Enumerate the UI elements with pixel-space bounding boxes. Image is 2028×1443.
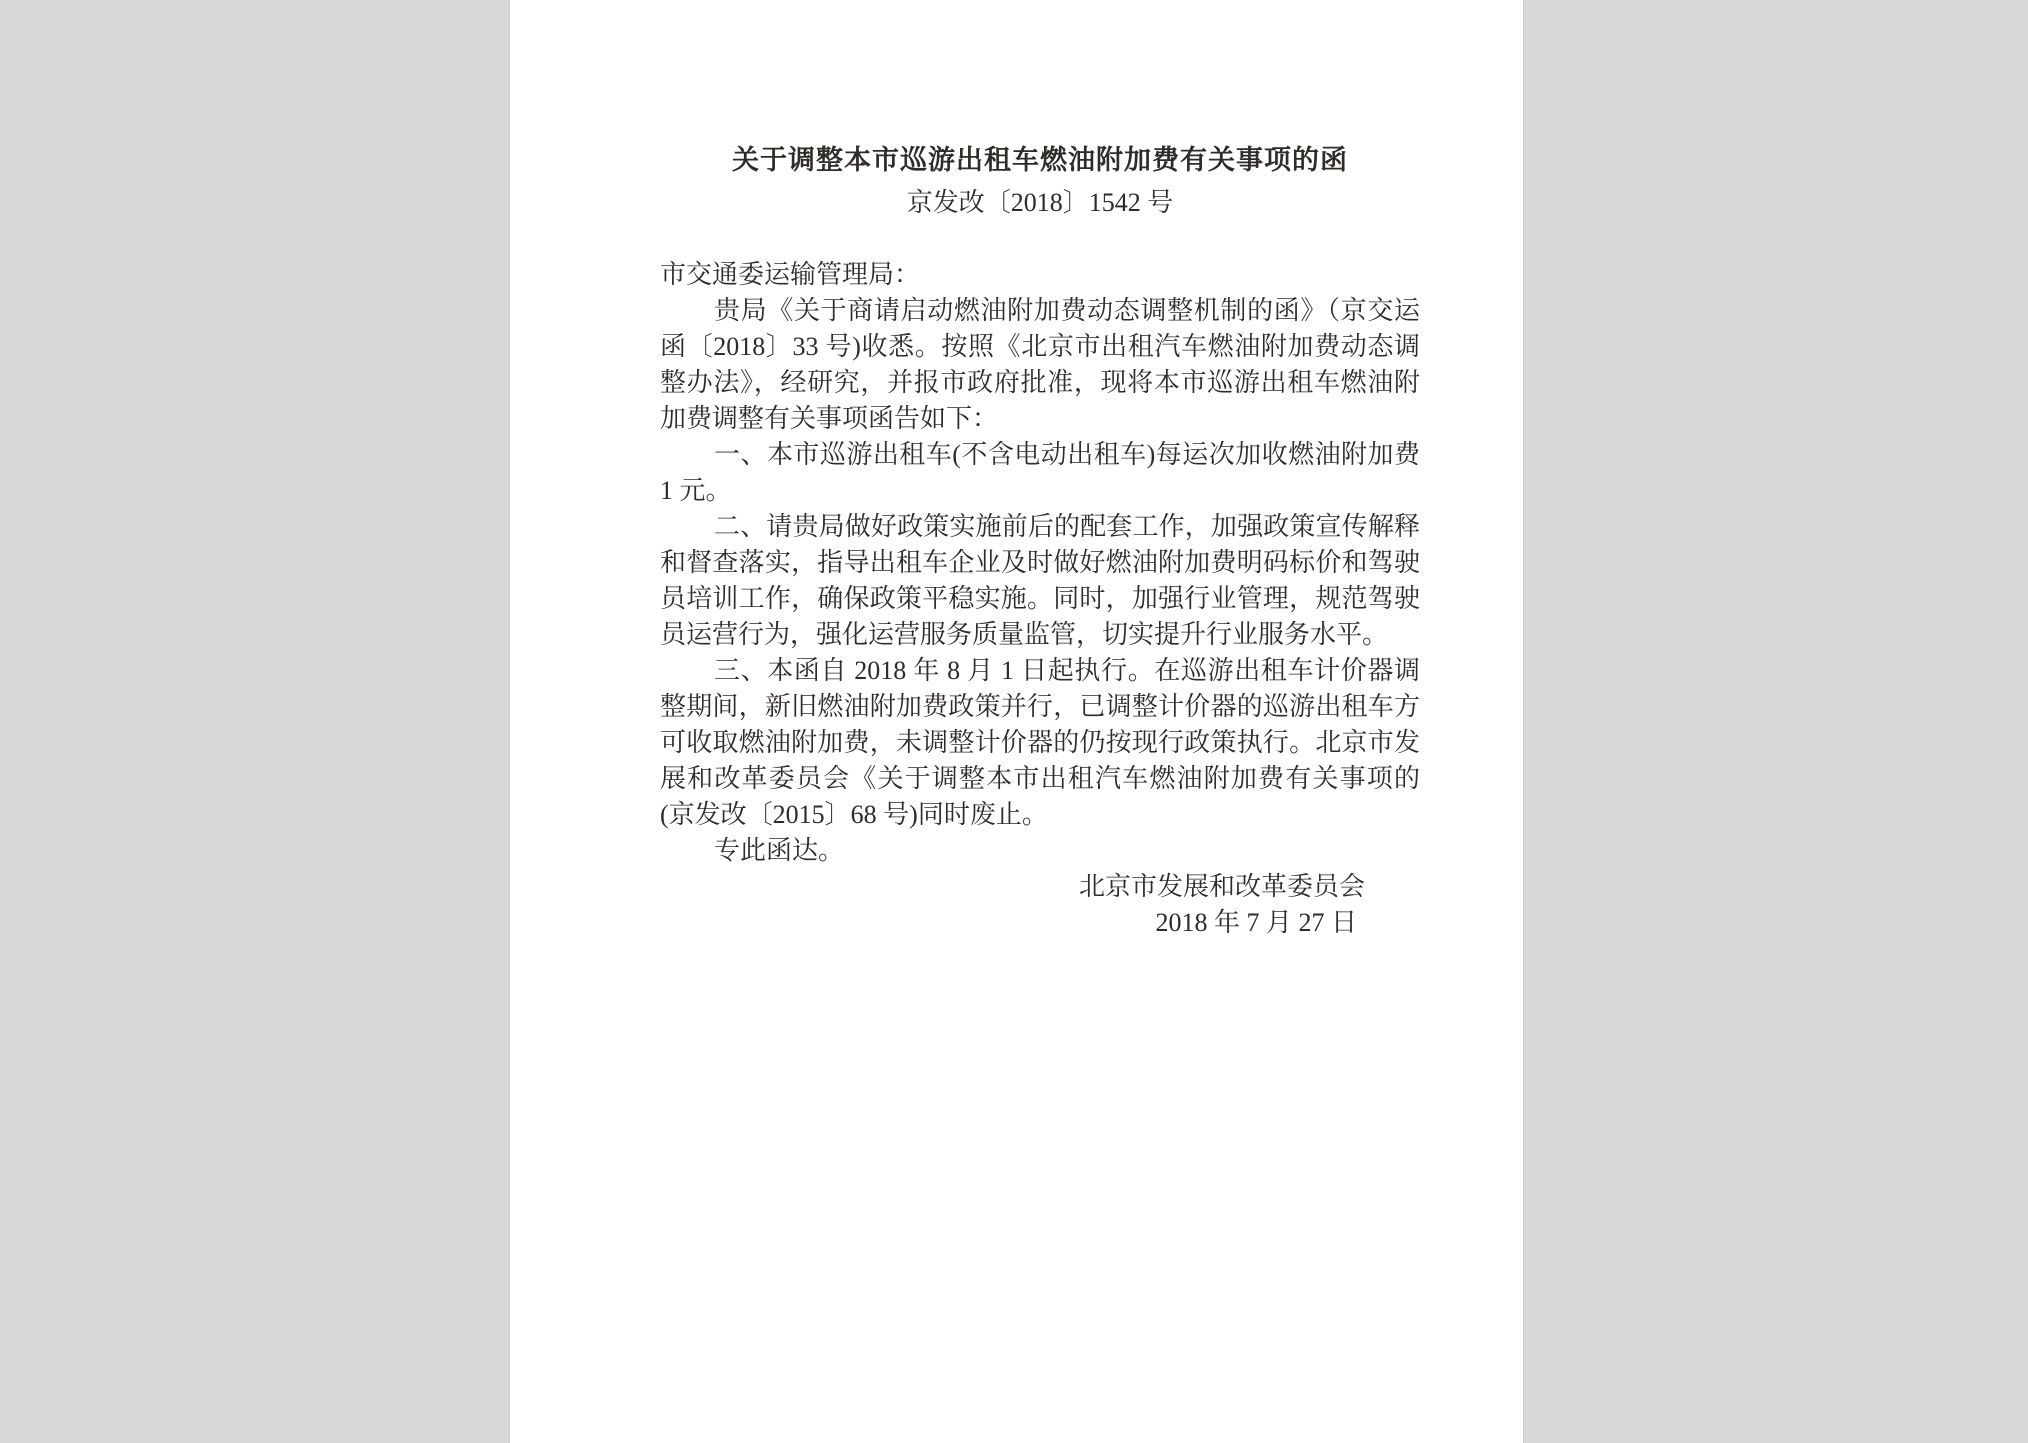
document-number: 京发改〔2018〕1542 号 (660, 185, 1420, 221)
body-line-item-1: 一、本市巡游出租车(不含电动出租车)每运次加收燃油附加费 (660, 437, 1420, 473)
body-line: 整期间，新旧燃油附加费政策并行，已调整计价器的巡游出租车方 (660, 689, 1420, 725)
desktop-background: 关于调整本市巡游出租车燃油附加费有关事项的函 京发改〔2018〕1542 号 市… (0, 0, 2028, 1443)
document-content: 关于调整本市巡游出租车燃油附加费有关事项的函 京发改〔2018〕1542 号 市… (510, 0, 1523, 941)
body-line: 员培训工作，确保政策平稳实施。同时，加强行业管理，规范驾驶 (660, 581, 1420, 617)
body-line: 可收取燃油附加费，未调整计价器的仍按现行政策执行。北京市发 (660, 725, 1420, 761)
document-page: 关于调整本市巡游出租车燃油附加费有关事项的函 京发改〔2018〕1542 号 市… (510, 0, 1523, 1443)
document-title: 关于调整本市巡游出租车燃油附加费有关事项的函 (660, 142, 1420, 178)
body-line: 和督查落实，指导出租车企业及时做好燃油附加费明码标价和驾驶 (660, 545, 1420, 581)
letter-body: 市交通委运输管理局： 贵局《关于商请启动燃油附加费动态调整机制的函》（京交运 函… (660, 257, 1420, 941)
body-line: 展和改革委员会《关于调整本市出租汽车燃油附加费有关事项的函》 (660, 761, 1420, 797)
body-line: 贵局《关于商请启动燃油附加费动态调整机制的函》（京交运 (660, 293, 1420, 329)
closing-phrase: 专此函达。 (660, 833, 1420, 869)
body-line: (京发改〔2015〕68 号)同时废止。 (660, 797, 1420, 833)
signature-date: 2018 年 7 月 27 日 (660, 905, 1420, 941)
body-line: 整办法》，经研究，并报市政府批准，现将本市巡游出租车燃油附 (660, 365, 1420, 401)
body-line: 加费调整有关事项函告如下： (660, 401, 1420, 437)
body-line-item-2: 二、请贵局做好政策实施前后的配套工作，加强政策宣传解释 (660, 509, 1420, 545)
body-line-item-3: 三、本函自 2018 年 8 月 1 日起执行。在巡游出租车计价器调 (660, 653, 1420, 689)
signature-org: 北京市发展和改革委员会 (660, 869, 1420, 905)
salutation: 市交通委运输管理局： (660, 257, 1420, 293)
body-line: 函〔2018〕33 号)收悉。按照《北京市出租汽车燃油附加费动态调 (660, 329, 1420, 365)
body-line: 1 元。 (660, 473, 1420, 509)
body-line: 员运营行为，强化运营服务质量监管，切实提升行业服务水平。 (660, 617, 1420, 653)
